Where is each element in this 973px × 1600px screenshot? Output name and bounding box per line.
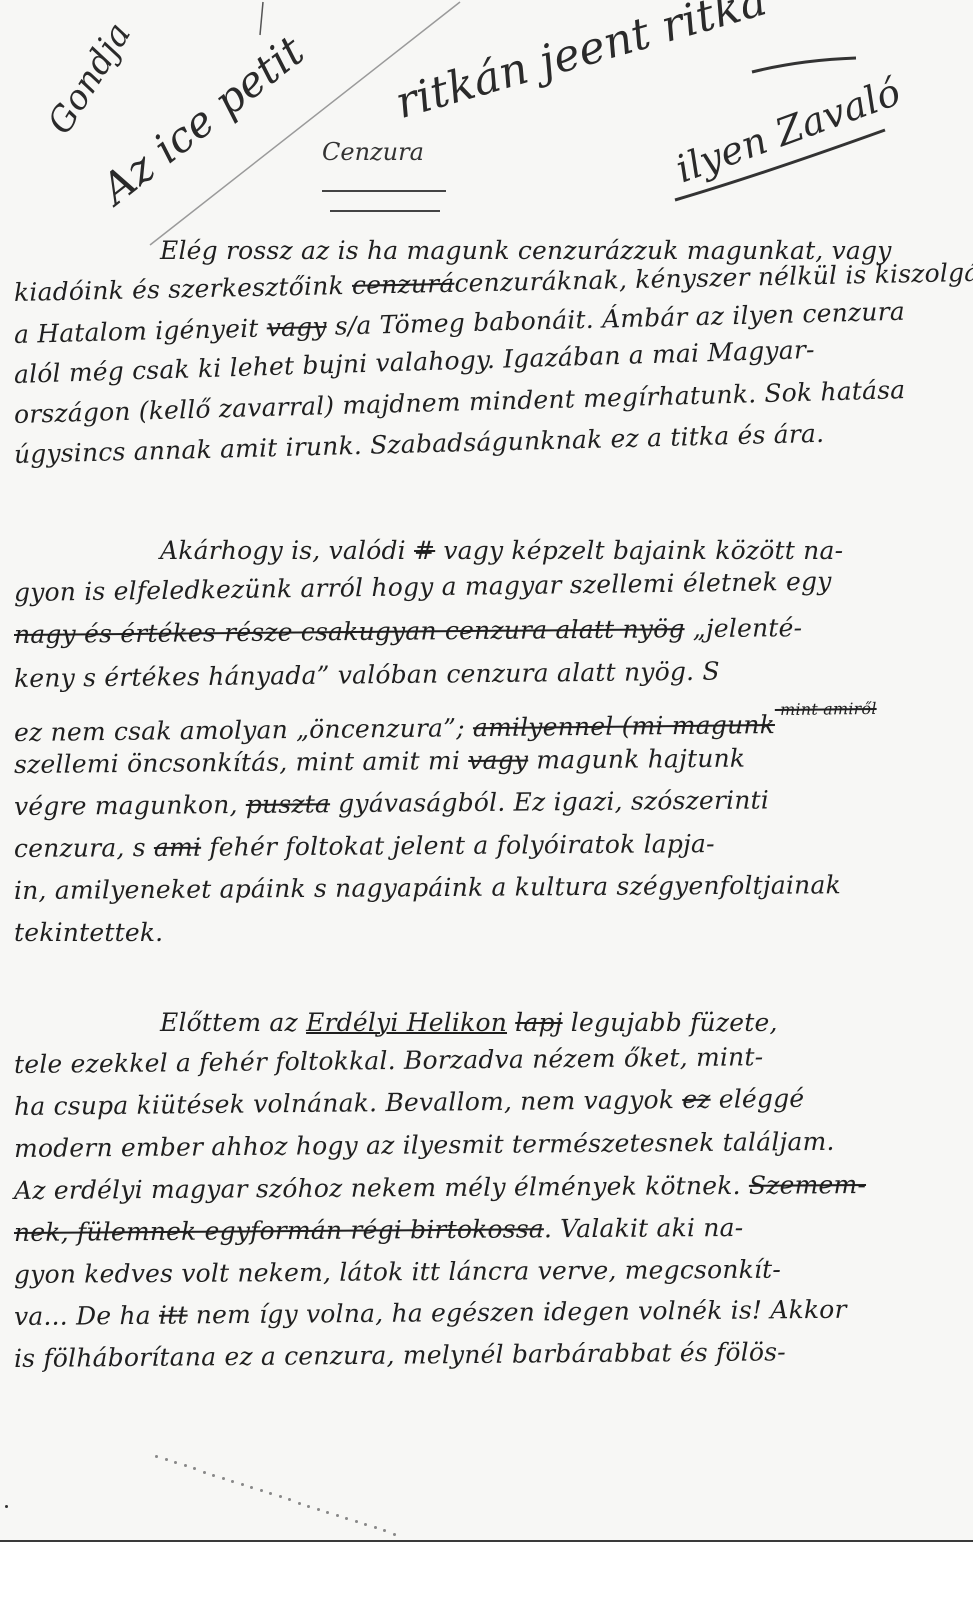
manuscript-line: gyon kedves volt nekem, látok itt láncra… <box>14 1255 781 1289</box>
stray-dot <box>307 1505 310 1508</box>
manuscript-line: modern ember ahhoz hogy az ilyesmit term… <box>14 1127 835 1163</box>
text-fragment: in, amilyeneket apáink s nagyapáink a ku… <box>14 870 841 905</box>
manuscript-line: Akárhogy is, valódi # vagy képzelt bajai… <box>160 536 843 565</box>
manuscript-page: Gondja Az ice petit ritkán jeent ritka i… <box>0 0 973 1542</box>
struck-text: amilyennel (mi magunk <box>473 710 775 742</box>
struck-text: lapj <box>515 1008 562 1037</box>
manuscript-line: ha csupa kiütések volnának. Bevallom, ne… <box>14 1084 805 1121</box>
struck-text: # <box>414 536 435 565</box>
struck-text: nek, fülemnek egyformán régi birtokossa <box>14 1214 544 1247</box>
manuscript-line: ez nem csak amolyan „öncenzura”; amilyen… <box>14 699 877 747</box>
stray-dot <box>298 1502 301 1505</box>
manuscript-line: Előttem az Erdélyi Helikon lapj legujabb… <box>160 1008 778 1037</box>
struck-text: nagy és értékes része csakugyan cenzura … <box>14 614 685 649</box>
stray-dot <box>184 1464 187 1467</box>
stray-dot <box>193 1467 196 1470</box>
text-fragment: gyon kedves volt nekem, látok itt láncra… <box>14 1255 781 1289</box>
struck-text: vagy <box>266 312 327 343</box>
manuscript-line: Az erdélyi magyar szóhoz nekem mély élmé… <box>14 1170 866 1205</box>
stray-dot <box>288 1498 291 1501</box>
struck-text: puszta <box>246 789 331 819</box>
text-fragment: végre magunkon, <box>14 790 246 821</box>
stray-dot <box>326 1511 329 1514</box>
stray-dot <box>336 1514 339 1517</box>
text-fragment: a Hatalom igényeit <box>14 313 267 349</box>
text-fragment: nem így volna, ha egészen idegen volnék … <box>188 1295 847 1330</box>
text-fragment: legujabb füzete, <box>563 1008 778 1037</box>
manuscript-line: tele ezekkel a fehér foltokkal. Borzadva… <box>14 1042 764 1079</box>
stray-dot <box>364 1523 367 1526</box>
stray-dot <box>355 1520 358 1523</box>
stray-dot <box>241 1483 244 1486</box>
underlined-text: Erdélyi Helikon <box>306 1008 507 1037</box>
stray-dot <box>374 1526 377 1529</box>
text-fragment <box>507 1008 515 1037</box>
manuscript-line: va... De ha itt nem így volna, ha egésze… <box>14 1295 847 1331</box>
text-fragment: tele ezekkel a fehér foltokkal. Borzadva… <box>14 1042 764 1079</box>
struck-text: vagy <box>468 746 528 776</box>
stray-dot <box>212 1474 215 1477</box>
stray-dot <box>317 1508 320 1511</box>
text-fragment: keny s értékes hányada” valóban cenzura … <box>14 657 720 693</box>
text-fragment: fehér foltokat jelent a folyóiratok lapj… <box>201 829 715 862</box>
stray-dot <box>345 1517 348 1520</box>
stray-dot <box>269 1492 272 1495</box>
stray-dot <box>165 1458 168 1461</box>
stray-dot <box>222 1477 225 1480</box>
text-fragment: magunk hajtunk <box>528 744 745 775</box>
text-fragment: eléggé <box>710 1084 804 1114</box>
stray-dot <box>393 1533 396 1536</box>
text-fragment: modern ember ahhoz hogy az ilyesmit term… <box>14 1127 835 1163</box>
text-fragment: cenzura, s <box>14 833 154 863</box>
manuscript-line: szellemi öncsonkítás, mint amit mi vagy … <box>14 744 745 779</box>
stray-dot <box>203 1471 206 1474</box>
manuscript-line: is fölháborítana ez a cenzura, melynél b… <box>14 1337 786 1373</box>
manuscript-line: nek, fülemnek egyformán régi birtokossa.… <box>14 1213 744 1247</box>
text-fragment: va... De ha <box>14 1301 159 1331</box>
manuscript-line: cenzura, s ami fehér foltokat jelent a f… <box>14 829 715 863</box>
stray-dot <box>250 1486 253 1489</box>
text-fragment: Az erdélyi magyar szóhoz nekem mély élmé… <box>14 1171 749 1205</box>
text-fragment: „jelenté- <box>684 613 802 643</box>
manuscript-line: tekintettek. <box>14 918 163 947</box>
text-fragment: vagy képzelt bajaink között na- <box>435 536 843 565</box>
stray-dot <box>155 1455 158 1458</box>
stray-dot <box>279 1495 282 1498</box>
manuscript-line: keny s értékes hányada” valóban cenzura … <box>14 657 720 693</box>
text-fragment: szellemi öncsonkítás, mint amit mi <box>14 746 468 779</box>
manuscript-line: úgysincs annak amit irunk. Szabadságunkn… <box>14 419 825 469</box>
text-fragment: Előttem az <box>160 1008 306 1037</box>
text-fragment: ha csupa kiütések volnának. Bevallom, ne… <box>14 1085 683 1121</box>
page-title: Cenzura <box>322 138 424 166</box>
struck-text: Szemem- <box>749 1170 866 1200</box>
manuscript-line: Elég rossz az is ha magunk cenzurázzuk m… <box>160 236 892 265</box>
struck-text: cenzurá <box>352 269 455 300</box>
text-fragment: úgysincs annak amit irunk. Szabadságunkn… <box>14 419 825 469</box>
text-fragment: Elég rossz az is ha magunk cenzurázzuk m… <box>160 236 892 265</box>
stray-dot <box>5 1505 8 1508</box>
stray-dot <box>231 1480 234 1483</box>
text-fragment: . Valakit aki na- <box>544 1213 744 1243</box>
text-fragment: ez nem csak amolyan „öncenzura”; <box>14 713 473 747</box>
stray-dot <box>383 1529 386 1532</box>
struck-text: itt <box>159 1300 188 1329</box>
text-fragment: tekintettek. <box>14 918 163 947</box>
text-fragment: s/a Tömeg babonáit. Ámbár az ilyen cenzu… <box>326 297 905 341</box>
struck-text: ez <box>682 1085 711 1114</box>
text-fragment: kiadóink és szerkesztőink <box>14 271 353 307</box>
text-fragment: Akárhogy is, valódi <box>160 536 414 565</box>
text-fragment: gyon is elfeledkezünk arról hogy a magya… <box>14 567 832 607</box>
text-fragment: gyávaságból. Ez igazi, szószerinti <box>330 785 769 818</box>
manuscript-line: nagy és értékes része csakugyan cenzura … <box>14 613 802 649</box>
manuscript-line: gyon is elfeledkezünk arról hogy a magya… <box>14 567 832 607</box>
title-underline <box>322 190 446 192</box>
manuscript-line: végre magunkon, puszta gyávaságból. Ez i… <box>14 785 769 821</box>
struck-text: ami <box>154 833 201 862</box>
struck-text: mint amiről <box>775 699 877 719</box>
manuscript-line: in, amilyeneket apáink s nagyapáink a ku… <box>14 870 841 905</box>
text-fragment: is fölháborítana ez a cenzura, melynél b… <box>14 1337 786 1373</box>
stray-dot <box>174 1461 177 1464</box>
pencil-stroke-decoration <box>0 0 973 260</box>
title-underline-2 <box>330 210 440 212</box>
stray-dot <box>260 1489 263 1492</box>
